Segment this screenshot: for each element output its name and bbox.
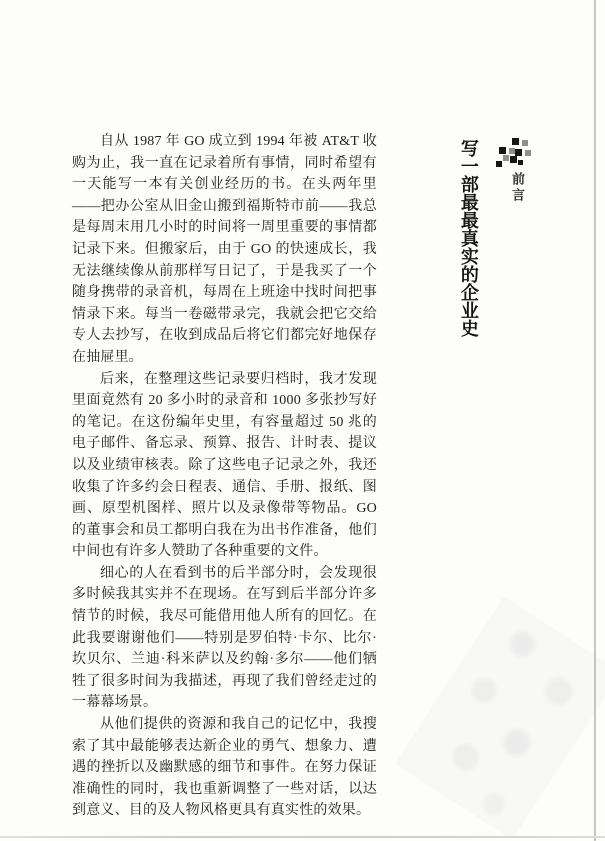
pixel-cluster-icon — [495, 136, 533, 168]
pixel-square — [499, 147, 506, 154]
pixel-square — [522, 140, 528, 146]
paragraph: 从他们提供的资源和我自己的记忆中，我搜索了其中最能够表达新企业的勇气、想象力、遭… — [72, 714, 377, 822]
paragraph: 自从 1987 年 GO 成立到 1994 年被 AT&T 收购为止，我一直在记… — [72, 131, 377, 369]
paragraph: 后来，在整理这些记录要归档时，我才发现里面竟然有 20 多小时的录音和 1000… — [72, 369, 377, 563]
scan-edge-right — [594, 0, 596, 841]
pixel-square — [525, 150, 531, 156]
pixel-square — [496, 161, 502, 167]
book-page: 自从 1987 年 GO 成立到 1994 年被 AT&T 收购为止，我一直在记… — [0, 0, 605, 841]
preface-body-text: 自从 1987 年 GO 成立到 1994 年被 AT&T 收购为止，我一直在记… — [72, 131, 377, 822]
pixel-square — [510, 156, 517, 163]
chapter-title-vertical: 写一部最最真实的企业史 — [459, 139, 478, 344]
scan-edge-bottom — [0, 836, 605, 838]
pixel-square — [512, 138, 519, 145]
paragraph: 细心的人在看到书的后半部分时，会发现很多时候我其实并不在现场。在写到后半部分许多… — [72, 563, 377, 714]
pixel-square — [503, 155, 509, 161]
illegible-watermark — [395, 596, 605, 840]
pixel-square — [518, 160, 523, 165]
section-label-preface: 前言 — [511, 172, 524, 204]
pixel-square — [515, 149, 522, 156]
